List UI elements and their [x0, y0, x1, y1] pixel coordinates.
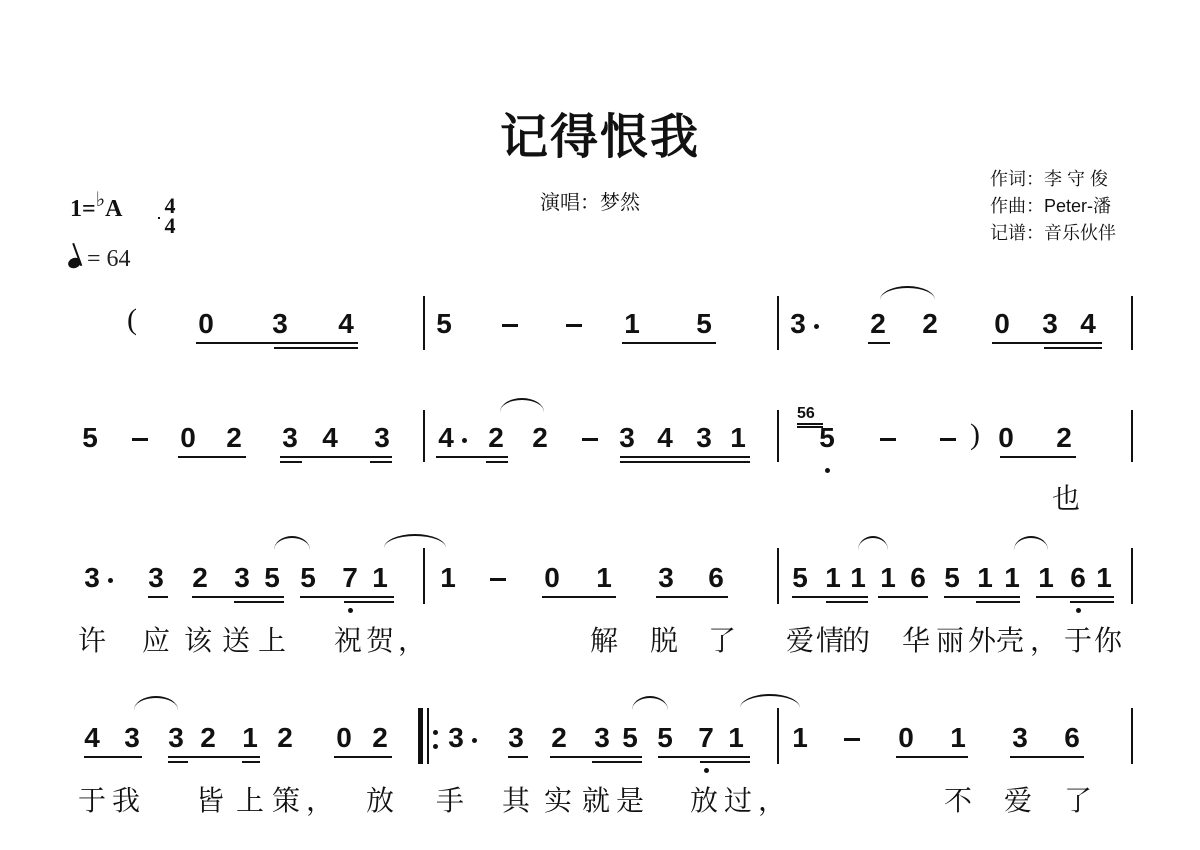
note: 3 [370, 424, 394, 452]
note: 1 [846, 564, 870, 592]
lyric-char: 过 [724, 786, 752, 816]
lyric-char: ， [758, 786, 786, 816]
note: 0 [332, 724, 356, 752]
lyric-char: 解 [590, 626, 618, 656]
grace-underline [797, 423, 823, 425]
lyric-char: 丽 [936, 626, 964, 656]
lyric-char: 手 [436, 786, 464, 816]
note: 0 [176, 424, 200, 452]
lyric-char: 上 [258, 626, 286, 656]
note: 5 [815, 424, 839, 452]
time-divider [158, 217, 160, 219]
eighth-underline [550, 756, 642, 758]
note: 0 [894, 724, 918, 752]
note: 1 [788, 724, 812, 752]
credits-block: 作词：李 守 俊 作曲：Peter-潘 记谱：音乐伙伴 [990, 166, 1116, 247]
key-note: A [105, 196, 122, 222]
flat-icon: ♭ [96, 189, 105, 211]
eighth-underline [658, 756, 750, 758]
sustain-dash [132, 438, 148, 441]
eighth-underline [280, 456, 392, 458]
tie-arc [500, 398, 544, 412]
lyric-char: 策 [272, 786, 300, 816]
note: 5 [432, 310, 456, 338]
note: 3 [268, 310, 292, 338]
lyric-char: 的 [842, 626, 870, 656]
eighth-underline [300, 596, 394, 598]
note: 1 [620, 310, 644, 338]
eighth-underline [622, 342, 716, 344]
repeat-dot [433, 744, 438, 749]
sixteenth-underline [370, 461, 392, 463]
barline [423, 296, 425, 350]
sixteenth-underline [234, 601, 284, 603]
lyric-char: 上 [236, 786, 264, 816]
tie-arc [1014, 536, 1048, 550]
key-signature: 1=♭A [70, 196, 122, 223]
augmentation-dot [108, 578, 113, 583]
tie-arc [134, 696, 178, 710]
note: 5 [618, 724, 642, 752]
sixteenth-underline [242, 761, 260, 763]
sustain-dash [940, 438, 956, 441]
eighth-underline [878, 596, 928, 598]
sixteenth-underline [700, 761, 750, 763]
note: 2 [1052, 424, 1076, 452]
note: 4 [653, 424, 677, 452]
barline [1131, 410, 1133, 462]
note: 1 [436, 564, 460, 592]
eighth-underline [542, 596, 616, 598]
note: 2 [528, 424, 552, 452]
tempo-marking: = 64 [68, 246, 131, 273]
lyric-char: 贺 [366, 626, 394, 656]
eighth-underline [168, 756, 260, 758]
note: 3 [504, 724, 528, 752]
note: 3 [786, 310, 810, 338]
repeat-barline-thick [418, 708, 423, 764]
lyric-char: 于 [1064, 626, 1092, 656]
parenthesis: ( [127, 303, 137, 337]
eighth-underline [192, 596, 284, 598]
lyric-char: 于 [78, 786, 106, 816]
low-octave-dot [348, 608, 353, 613]
note: 4 [1076, 310, 1100, 338]
barline [1131, 708, 1133, 764]
note: 5 [296, 564, 320, 592]
note: 7 [338, 564, 362, 592]
eighth-underline [792, 596, 868, 598]
barline [777, 708, 779, 764]
lyricist-credit: 作词：李 守 俊 [990, 166, 1116, 193]
note: 2 [188, 564, 212, 592]
eighth-underline [1000, 456, 1076, 458]
lyric-char: 我 [112, 786, 140, 816]
augmentation-dot [814, 324, 819, 329]
barline [1131, 548, 1133, 604]
parenthesis: ) [970, 418, 980, 452]
note: 5 [260, 564, 284, 592]
note: 2 [484, 424, 508, 452]
note: 3 [120, 724, 144, 752]
barline [423, 548, 425, 604]
lyric-char: 放 [366, 786, 394, 816]
note: 4 [334, 310, 358, 338]
lyric-char: 情 [816, 626, 844, 656]
eighth-underline [1010, 756, 1084, 758]
lyric-char: 该 [184, 626, 212, 656]
eighth-underline [436, 456, 508, 458]
lyric-char: 放 [690, 786, 718, 816]
sustain-dash [502, 324, 518, 327]
eighth-underline [148, 596, 168, 598]
eighth-underline [656, 596, 728, 598]
note: 1 [726, 424, 750, 452]
tie-arc [274, 536, 310, 550]
note: 5 [653, 724, 677, 752]
eighth-underline [620, 456, 750, 458]
barline [777, 548, 779, 604]
lyric-char: 祝 [334, 626, 362, 656]
tempo-value: = 64 [87, 246, 131, 272]
time-signature: 4 4 [158, 196, 182, 236]
lyric-char: 你 [1094, 626, 1122, 656]
note: 3 [1038, 310, 1062, 338]
lyric-char: 壳 [996, 626, 1024, 656]
note: 3 [615, 424, 639, 452]
eighth-underline [508, 756, 528, 758]
note: 7 [694, 724, 718, 752]
note: 3 [144, 564, 168, 592]
low-octave-dot [825, 468, 830, 473]
lyric-char: 送 [222, 626, 250, 656]
eighth-underline [178, 456, 246, 458]
note: 4 [80, 724, 104, 752]
note: 3 [80, 564, 104, 592]
note: 4 [318, 424, 342, 452]
note: 5 [692, 310, 716, 338]
note: 5 [78, 424, 102, 452]
sustain-dash [582, 438, 598, 441]
lyric-char: 华 [902, 626, 930, 656]
note: 1 [1034, 564, 1058, 592]
note: 1 [368, 564, 392, 592]
eighth-underline [992, 342, 1102, 344]
eighth-underline [944, 596, 1020, 598]
eighth-underline [1036, 596, 1114, 598]
barline [423, 410, 425, 462]
augmentation-dot [462, 438, 467, 443]
grace-underline [797, 426, 823, 428]
sixteenth-underline [486, 461, 508, 463]
note: 5 [940, 564, 964, 592]
sixteenth-underline [274, 347, 358, 349]
eighth-underline [84, 756, 142, 758]
eighth-underline [334, 756, 392, 758]
sixteenth-underline [1044, 347, 1102, 349]
eighth-underline [196, 342, 358, 344]
time-bottom: 4 [165, 213, 176, 238]
composer-credit: 作曲：Peter-潘 [990, 193, 1116, 220]
note: 1 [1000, 564, 1024, 592]
note: 3 [654, 564, 678, 592]
note: 0 [994, 424, 1018, 452]
low-octave-dot [1076, 608, 1081, 613]
augmentation-dot [472, 738, 477, 743]
note: 3 [164, 724, 188, 752]
sixteenth-underline [280, 461, 302, 463]
note: 1 [973, 564, 997, 592]
note: 3 [692, 424, 716, 452]
note: 0 [990, 310, 1014, 338]
tie-arc [384, 534, 446, 548]
sixteenth-underline [592, 761, 642, 763]
note: 3 [1008, 724, 1032, 752]
note: 6 [1066, 564, 1090, 592]
lyric-char: 就 [582, 786, 610, 816]
note: 1 [876, 564, 900, 592]
barline [777, 410, 779, 462]
lyric-char: ， [1030, 626, 1058, 656]
grace-notes: 56 [797, 406, 815, 422]
lyric-char: ， [306, 786, 334, 816]
sustain-dash [490, 578, 506, 581]
note: 1 [1092, 564, 1116, 592]
note: 2 [866, 310, 890, 338]
lyric-char: 其 [502, 786, 530, 816]
lyric-char: 了 [1064, 786, 1092, 816]
lyric-char: ， [398, 626, 426, 656]
note: 1 [946, 724, 970, 752]
note: 1 [238, 724, 262, 752]
barline [1131, 296, 1133, 350]
lyric-char: 皆 [196, 786, 224, 816]
song-title: 记得恨我 [0, 98, 1200, 167]
sixteenth-underline [168, 761, 188, 763]
note: 2 [547, 724, 571, 752]
note: 1 [821, 564, 845, 592]
lyric-char: 许 [78, 626, 106, 656]
key-prefix: 1= [70, 196, 96, 222]
barline [777, 296, 779, 350]
note: 2 [918, 310, 942, 338]
note: 3 [444, 724, 468, 752]
lyric-char: 实 [544, 786, 572, 816]
sixteenth-underline [344, 601, 394, 603]
sustain-dash [844, 738, 860, 741]
note: 2 [222, 424, 246, 452]
lyric-char: 爱 [1004, 786, 1032, 816]
note: 3 [278, 424, 302, 452]
lyric-char: 了 [708, 626, 736, 656]
tie-arc [632, 696, 668, 710]
sustain-dash [566, 324, 582, 327]
note: 4 [434, 424, 458, 452]
sixteenth-underline [826, 601, 868, 603]
note: 2 [273, 724, 297, 752]
note: 5 [788, 564, 812, 592]
sustain-dash [880, 438, 896, 441]
sixteenth-underline [1070, 601, 1114, 603]
note: 0 [540, 564, 564, 592]
low-octave-dot [704, 768, 709, 773]
repeat-barline-thin [427, 708, 429, 764]
eighth-underline [868, 342, 890, 344]
note: 3 [230, 564, 254, 592]
eighth-underline [896, 756, 968, 758]
note: 6 [906, 564, 930, 592]
singer-credit: 演唱：梦然 [540, 186, 640, 215]
note: 1 [724, 724, 748, 752]
tie-arc [880, 286, 935, 300]
note: 2 [196, 724, 220, 752]
note: 2 [368, 724, 392, 752]
note: 0 [194, 310, 218, 338]
note: 6 [704, 564, 728, 592]
lyric-char: 不 [944, 786, 972, 816]
note: 3 [590, 724, 614, 752]
lyric-char: 应 [142, 626, 170, 656]
tie-arc [740, 694, 800, 708]
lyric-char: 爱 [786, 626, 814, 656]
repeat-dot [433, 730, 438, 735]
tie-arc [858, 536, 888, 550]
sixteenth-underline [620, 461, 750, 463]
transcriber-credit: 记谱：音乐伙伴 [990, 220, 1116, 247]
sixteenth-underline [976, 601, 1020, 603]
note: 1 [592, 564, 616, 592]
lyric-char: 是 [616, 786, 644, 816]
lyric-char: 脱 [650, 626, 678, 656]
lyric-char: 也 [1052, 484, 1080, 514]
note: 6 [1060, 724, 1084, 752]
quarter-note-icon [67, 256, 83, 270]
lyric-char: 外 [968, 626, 996, 656]
